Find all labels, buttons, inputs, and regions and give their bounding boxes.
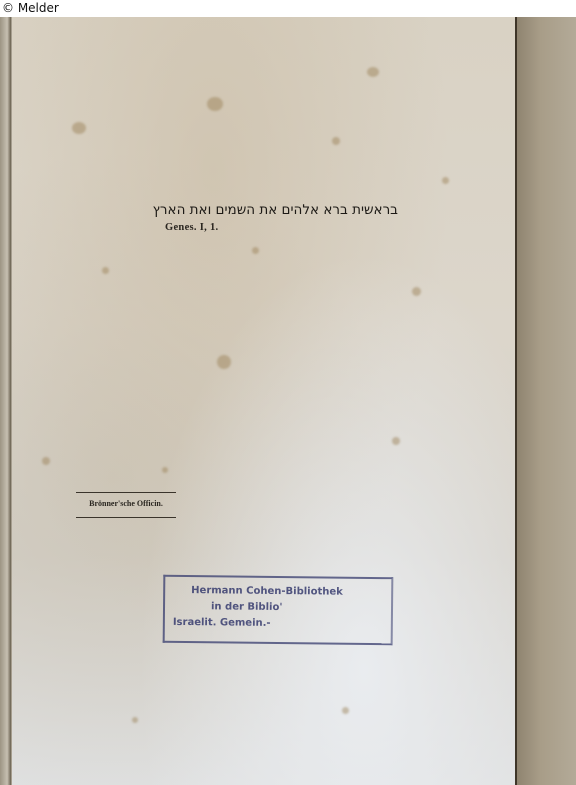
foxing-spot [442, 177, 449, 184]
library-stamp: Hermann Cohen-Bibliothek in der Biblio' … [163, 575, 394, 645]
foxing-spot [207, 97, 223, 111]
foxing-spot [217, 355, 231, 369]
publisher-imprint: Brönner'sche Officin. [76, 492, 176, 518]
foxing-spot [252, 247, 259, 254]
foxing-spot [392, 437, 400, 445]
foxing-spot [162, 467, 168, 473]
photo-credit: © Melder [2, 1, 59, 15]
foxing-spot [132, 717, 138, 723]
book-photo: ​ בראשית ברא אלהים את השמים ואת הארץ Gen… [0, 17, 576, 785]
foxing-spot [367, 67, 379, 77]
stamp-line-3: Israelit. Gemein.- [173, 617, 271, 629]
adjacent-page [517, 17, 576, 785]
foxing-spot [102, 267, 109, 274]
foxing-spot [342, 707, 349, 714]
hebrew-verse: בראשית ברא אלהים את השמים ואת הארץ [128, 202, 398, 218]
foxing-spot [42, 457, 50, 465]
foxing-spot [412, 287, 421, 296]
left-page-edge [0, 17, 12, 785]
credit-bar: © Melder [0, 0, 576, 17]
stamp-line-1: Hermann Cohen-Bibliothek [191, 585, 343, 598]
title-page: ​ [12, 17, 515, 785]
stamp-line-2: in der Biblio' [211, 601, 283, 613]
publisher-name: Brönner'sche Officin. [76, 499, 176, 508]
verse-citation: Genes. I, 1. [165, 222, 218, 233]
foxing-spot [72, 122, 86, 134]
foxing-spot [332, 137, 340, 145]
